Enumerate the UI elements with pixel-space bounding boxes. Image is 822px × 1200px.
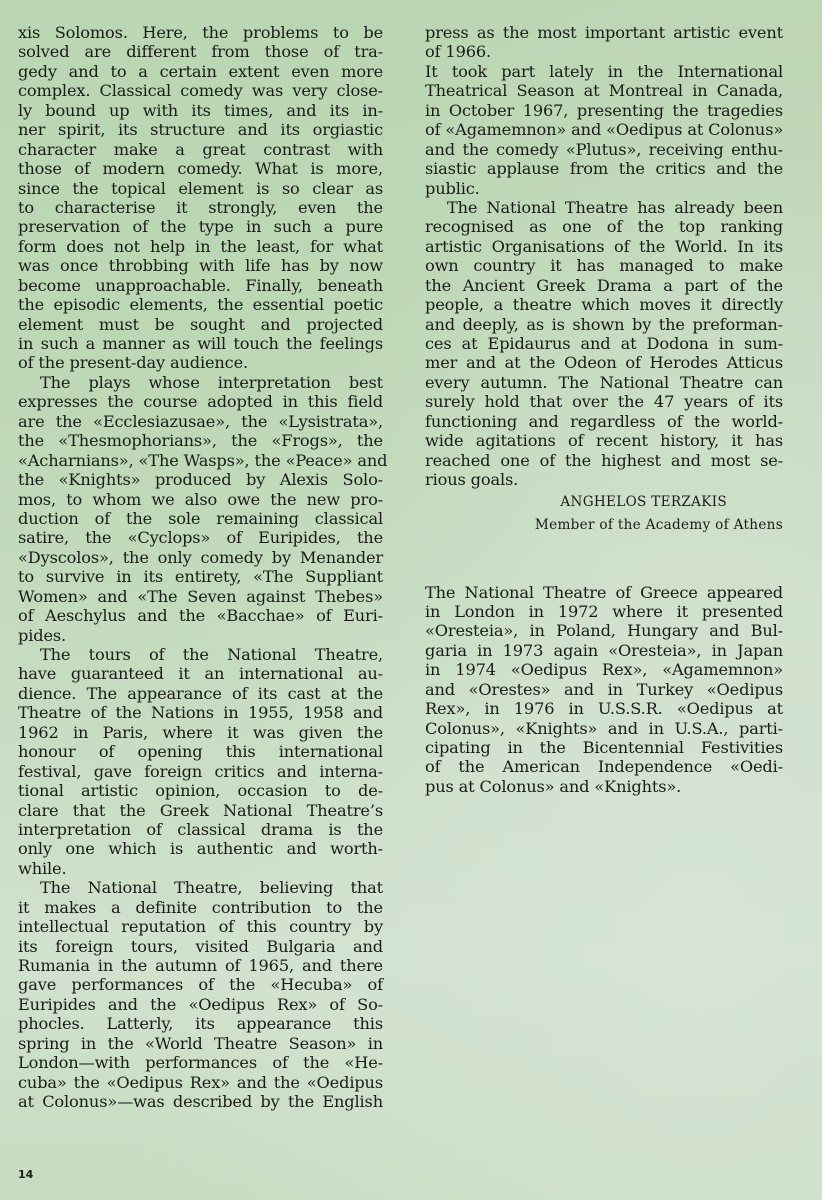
text-line: those of modern comedy. What is more,: [18, 159, 383, 178]
text-line: solved are different from those of tra-: [18, 42, 383, 61]
text-line: element must be sought and projected: [18, 315, 383, 334]
text-line: and deeply, as is shown by the preforman…: [425, 315, 783, 334]
text-line: tional artistic opinion, occasion to de-: [18, 781, 383, 800]
text-line: ly bound up with its times, and its in-: [18, 101, 383, 120]
right-column: press as the most important artistic eve…: [425, 23, 783, 796]
text-line: 1962 in Paris, where it was given the: [18, 723, 383, 742]
page-number: 14: [18, 1168, 33, 1181]
text-line: mos, to whom we also owe the new pro-: [18, 490, 383, 509]
text-line: clare that the Greek National Theatre’s: [18, 801, 383, 820]
text-line: The National Theatre, believing that: [18, 878, 383, 897]
text-line: character make a great contrast with: [18, 140, 383, 159]
text-line: gedy and to a certain extent even more: [18, 62, 383, 81]
right-column-text-main: press as the most important artistic eve…: [425, 23, 783, 490]
text-line: Women» and «The Seven against Thebes»: [18, 587, 383, 606]
text-line: Rex», in 1976 in U.S.S.R. «Oedipus at: [425, 699, 783, 718]
text-line: own country it has managed to make: [425, 256, 783, 275]
text-line: «Acharnians», «The Wasps», the «Peace» a…: [18, 451, 383, 470]
text-line: satire, the «Cyclops» of Euripides, the: [18, 528, 383, 547]
text-line: pides.: [18, 626, 383, 645]
text-line: public.: [425, 179, 783, 198]
text-line: recognised as one of the top ranking: [425, 217, 783, 236]
text-line: «Dyscolos», the only comedy by Menander: [18, 548, 383, 567]
text-line: while.: [18, 859, 383, 878]
text-line: phocles. Latterly, its appearance this: [18, 1014, 383, 1033]
text-line: of the American Independence «Oedi-: [425, 757, 783, 776]
text-line: siastic applause from the critics and th…: [425, 159, 783, 178]
text-line: of Aeschylus and the «Bacchae» of Euri-: [18, 606, 383, 625]
text-line: pus at Colonus» and «Knights».: [425, 777, 783, 796]
text-line: and the comedy «Plutus», receiving enthu…: [425, 140, 783, 159]
text-line: press as the most important artistic eve…: [425, 23, 783, 42]
text-line: in such a manner as will touch the feeli…: [18, 334, 383, 353]
text-line: become unapproachable. Finally, beneath: [18, 276, 383, 295]
text-line: The National Theatre of Greece appeared: [425, 583, 783, 602]
text-line: It took part lately in the International: [425, 62, 783, 81]
text-line: of 1966.: [425, 42, 783, 61]
text-line: at Colonus»—was described by the English: [18, 1092, 383, 1111]
section-gap: [425, 535, 783, 583]
text-line: in London in 1972 where it presented: [425, 602, 783, 621]
text-line: London—with performances of the «He-: [18, 1053, 383, 1072]
text-line: xis Solomos. Here, the problems to be: [18, 23, 383, 42]
text-line: artistic Organisations of the World. In …: [425, 237, 783, 256]
text-line: only one which is authentic and worth-: [18, 839, 383, 858]
text-line: of «Agamemnon» and «Oedipus at Colonus»: [425, 120, 783, 139]
left-column: xis Solomos. Here, the problems to besol…: [18, 23, 383, 1112]
text-line: gave performances of the «Hecuba» of: [18, 975, 383, 994]
text-line: ner spirit, its structure and its orgias…: [18, 120, 383, 139]
text-line: «Oresteia», in Poland, Hungary and Bul-: [425, 621, 783, 640]
text-line: the episodic elements, the essential poe…: [18, 295, 383, 314]
text-line: festival, gave foreign critics and inter…: [18, 762, 383, 781]
text-line: honour of opening this international: [18, 742, 383, 761]
text-line: cuba» the «Oedipus Rex» and the «Oedipus: [18, 1073, 383, 1092]
left-column-text: xis Solomos. Here, the problems to besol…: [18, 23, 383, 1112]
author-name: ANGHELOS TERZAKIS: [425, 492, 783, 512]
document-page: xis Solomos. Here, the problems to besol…: [0, 0, 822, 1200]
text-line: Euripides and the «Oedipus Rex» of So-: [18, 995, 383, 1014]
text-line: to characterise it strongly, even the: [18, 198, 383, 217]
text-line: its foreign tours, visited Bulgaria and: [18, 937, 383, 956]
text-line: The plays whose interpretation best: [18, 373, 383, 392]
text-line: mer and at the Odeon of Herodes Atticus: [425, 353, 783, 372]
text-line: Colonus», «Knights» and in U.S.A., parti…: [425, 719, 783, 738]
text-line: cipating in the Bicentennial Festivities: [425, 738, 783, 757]
text-line: intellectual reputation of this country …: [18, 917, 383, 936]
text-line: The National Theatre has already been: [425, 198, 783, 217]
text-line: reached one of the highest and most se-: [425, 451, 783, 470]
text-line: have guaranteed it an international au-: [18, 664, 383, 683]
text-line: dience. The appearance of its cast at th…: [18, 684, 383, 703]
text-line: duction of the sole remaining classical: [18, 509, 383, 528]
text-line: in October 1967, presenting the tragedie…: [425, 101, 783, 120]
text-line: ces at Epidaurus and at Dodona in sum-: [425, 334, 783, 353]
text-line: form does not help in the least, for wha…: [18, 237, 383, 256]
right-column-text-addendum: The National Theatre of Greece appearedi…: [425, 583, 783, 797]
text-line: the «Knights» produced by Alexis Solo-: [18, 470, 383, 489]
text-line: the «Thesmophorians», the «Frogs», the: [18, 431, 383, 450]
text-line: the Ancient Greek Drama a part of the: [425, 276, 783, 295]
text-line: of the present-day audience.: [18, 353, 383, 372]
text-line: The tours of the National Theatre,: [18, 645, 383, 664]
text-line: surely hold that over the 47 years of it…: [425, 392, 783, 411]
text-line: and «Orestes» and in Turkey «Oedipus: [425, 680, 783, 699]
text-line: every autumn. The National Theatre can: [425, 373, 783, 392]
text-line: interpretation of classical drama is the: [18, 820, 383, 839]
text-line: Theatre of the Nations in 1955, 1958 and: [18, 703, 383, 722]
text-line: expresses the course adopted in this fie…: [18, 392, 383, 411]
text-line: wide agitations of recent history, it ha…: [425, 431, 783, 450]
text-line: garia in 1973 again «Oresteia», in Japan: [425, 641, 783, 660]
text-line: was once throbbing with life has by now: [18, 256, 383, 275]
author-title: Member of the Academy of Athens: [425, 515, 783, 535]
text-line: Rumania in the autumn of 1965, and there: [18, 956, 383, 975]
text-line: since the topical element is so clear as: [18, 179, 383, 198]
text-line: preservation of the type in such a pure: [18, 217, 383, 236]
text-line: to survive in its entirety, «The Supplia…: [18, 567, 383, 586]
text-line: in 1974 «Oedipus Rex», «Agamemnon»: [425, 660, 783, 679]
text-line: complex. Classical comedy was very close…: [18, 81, 383, 100]
text-line: functioning and regardless of the world-: [425, 412, 783, 431]
text-line: spring in the «World Theatre Season» in: [18, 1034, 383, 1053]
text-line: Theatrical Season at Montreal in Canada,: [425, 81, 783, 100]
text-line: it makes a definite contribution to the: [18, 898, 383, 917]
text-line: are the «Ecclesiazusae», the «Lysistrata…: [18, 412, 383, 431]
text-line: people, a theatre which moves it directl…: [425, 295, 783, 314]
text-line: rious goals.: [425, 470, 783, 489]
